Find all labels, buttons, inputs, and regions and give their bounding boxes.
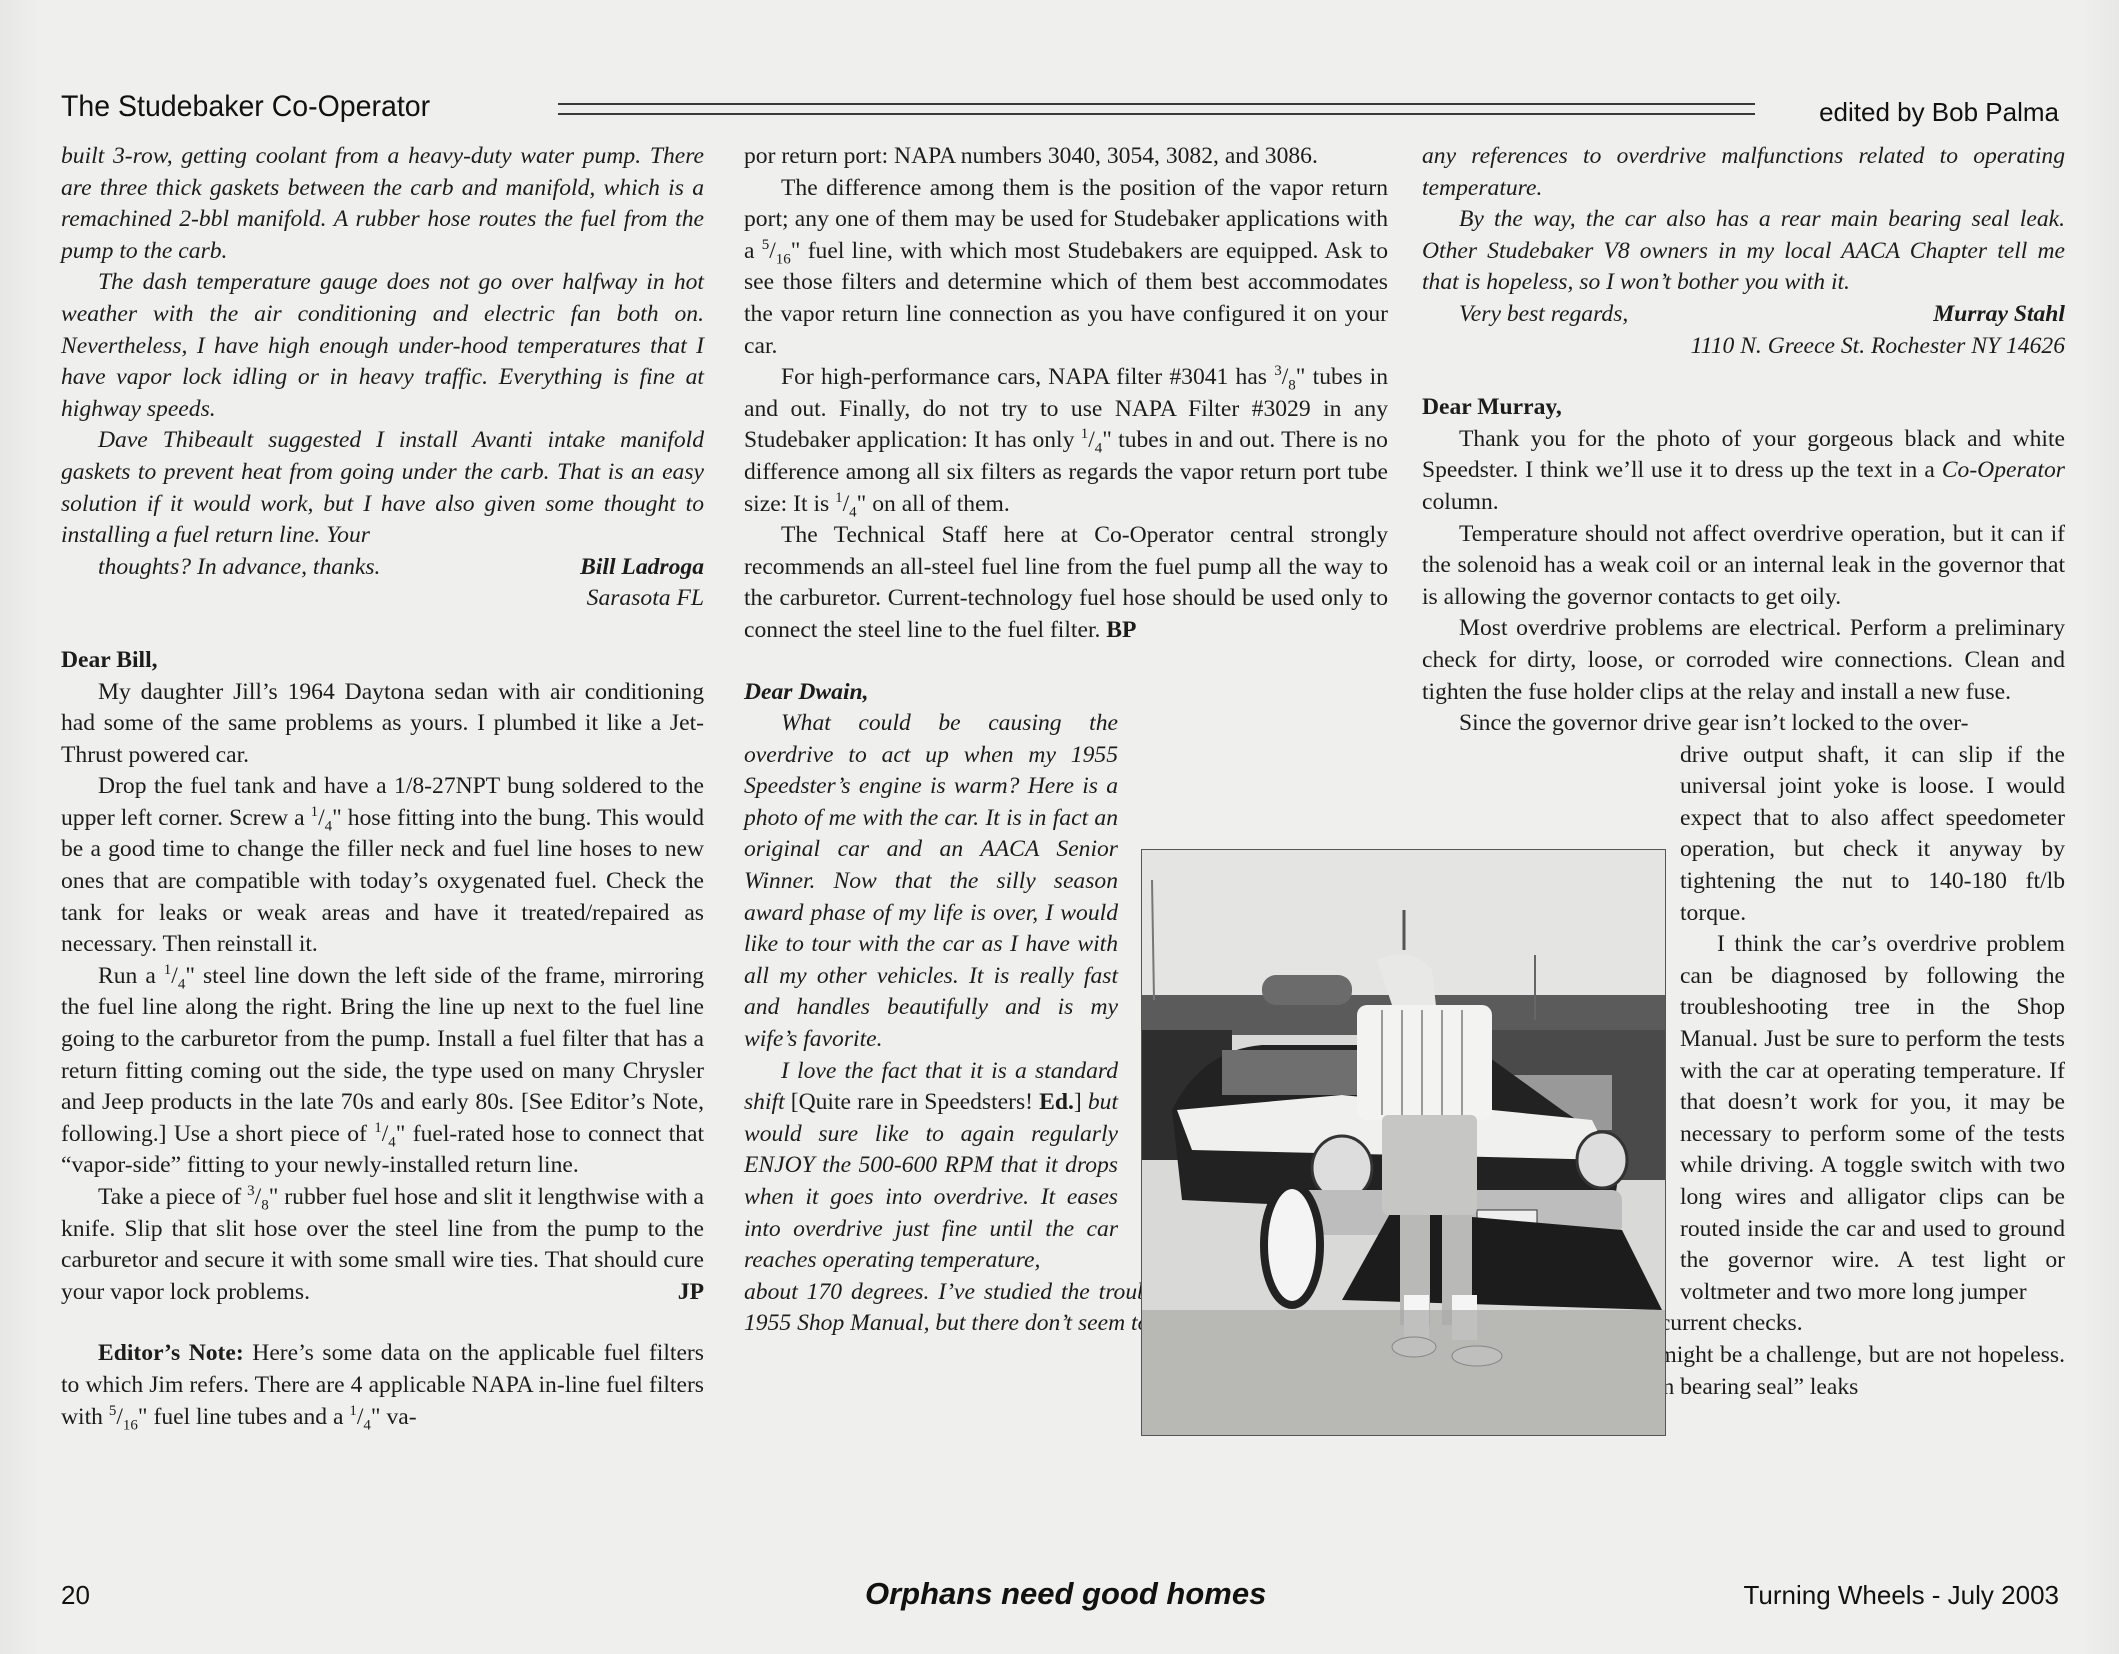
reply1-initials: JP	[641, 1277, 704, 1309]
reply2-paragraph: Temperature should not affect overdrive …	[1422, 519, 2065, 614]
reply2-wrapped-text: drive output shaft, it can slip if the u…	[1680, 740, 2065, 1309]
reply1-paragraph: Drop the fuel tank and have a 1/8-27NPT …	[61, 771, 704, 961]
letter1-signature-line: thoughts? In advance, thanks. Bill Ladro…	[61, 552, 704, 584]
header-rule-bottom	[558, 113, 1755, 115]
letter2-paragraph: I love the fact that it is a standard sh…	[744, 1056, 1118, 1277]
letter2-salutation: Dear Dwain,	[744, 677, 1388, 709]
reply2-paragraph: Most overdrive problems are electrical. …	[1422, 613, 2065, 708]
letter2-paragraph: By the way, the car also has a rear main…	[1422, 204, 2065, 299]
letter1-closing: thoughts? In advance, thanks.	[61, 552, 380, 584]
letter1-signature: Bill Ladroga	[543, 552, 704, 584]
editors-note-paragraph: The difference among them is the positio…	[744, 173, 1388, 363]
letter2-continued: any references to overdrive malfunctions…	[1422, 141, 2065, 204]
letter2-closing: Very best regards,	[1422, 299, 1628, 331]
photo-illustration	[1142, 850, 1665, 1435]
letter2-signature-line: Very best regards, Murray Stahl	[1422, 299, 2065, 331]
reply2-paragraph: drive output shaft, it can slip if the u…	[1680, 740, 2065, 930]
letter2-address: 1110 N. Greece St. Rochester NY 14626	[1422, 331, 2065, 363]
editors-note: Editor’s Note: Here’s some data on the a…	[61, 1338, 704, 1433]
issue-label: Turning Wheels - July 2003	[1743, 1580, 2059, 1611]
letter1-paragraph: Dave Thibeault suggested I install Avant…	[61, 425, 704, 551]
editors-note-continued: por return port: NAPA numbers 3040, 3054…	[744, 141, 1388, 173]
reply2-salutation: Dear Murray,	[1422, 392, 2065, 424]
letter1-location: Sarasota FL	[61, 583, 704, 615]
editor-credit: edited by Bob Palma	[1819, 97, 2059, 128]
editor-initials: BP	[1106, 617, 1136, 643]
column-title: The Studebaker Co-Operator	[61, 90, 430, 124]
reply1-paragraph: Run a 1/4" steel line down the left side…	[61, 961, 704, 1182]
reply1-salutation: Dear Bill,	[61, 645, 704, 677]
page-number: 20	[61, 1580, 90, 1611]
header-rule-top	[558, 103, 1755, 105]
column-1: built 3-row, getting coolant from a heav…	[61, 141, 704, 1433]
letter1-paragraph: The dash temperature gauge does not go o…	[61, 267, 704, 425]
speedster-photo	[1141, 849, 1666, 1436]
letter2-signature: Murray Stahl	[1896, 299, 2065, 331]
reply1-paragraph: Take a piece of 3/8" rubber fuel hose an…	[61, 1182, 704, 1308]
letter2-paragraph: What could be causing the overdrive to a…	[744, 708, 1118, 1056]
reply2-paragraph: I think the car’s overdrive problem can …	[1680, 929, 2065, 1308]
editors-note-label: Editor’s Note:	[98, 1340, 244, 1366]
reply1-paragraph: My daughter Jill’s 1964 Daytona sedan wi…	[61, 677, 704, 772]
footer-slogan: Orphans need good homes	[865, 1576, 1266, 1612]
editors-note-paragraph: For high-performance cars, NAPA filter #…	[744, 362, 1388, 520]
reply2-paragraph: Since the governor drive gear isn’t lock…	[1422, 708, 2065, 740]
reply2-paragraph: Thank you for the photo of your gorgeous…	[1422, 424, 2065, 519]
letter2-wrapped-text: What could be causing the overdrive to a…	[744, 708, 1118, 1277]
letter1-paragraph: built 3-row, getting coolant from a heav…	[61, 141, 704, 267]
editors-note-paragraph: The Technical Staff here at Co-Operator …	[744, 520, 1388, 646]
